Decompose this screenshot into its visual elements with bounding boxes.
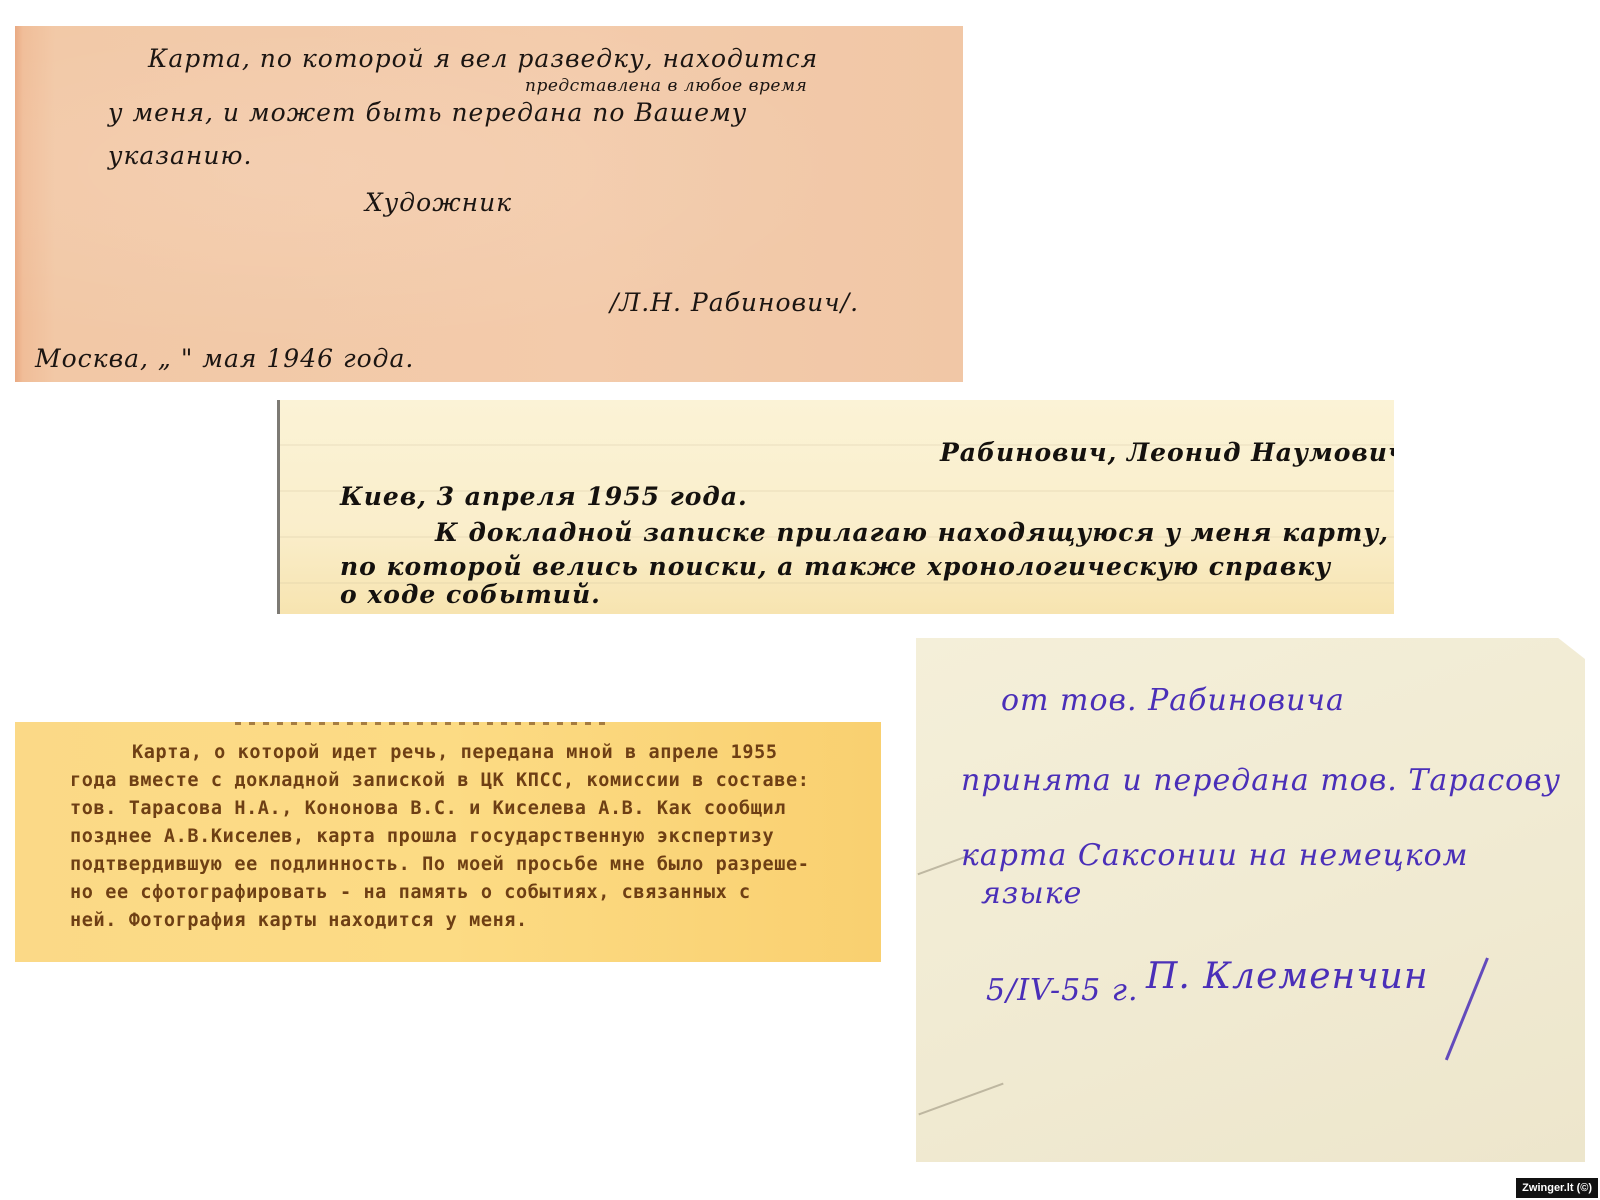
doc2-line-3: о ходе событий. bbox=[340, 580, 601, 609]
doc3-cut-top-line bbox=[235, 722, 605, 725]
doc3-line-7: ней. Фотография карты находится у меня. bbox=[70, 910, 528, 931]
doc3-line-1: Карта, о которой идет речь, передана мно… bbox=[132, 742, 778, 763]
doc1-line-1: Карта, по которой я вел разведку, находи… bbox=[148, 44, 818, 73]
copyright-watermark: Zwinger.lt (©) bbox=[1516, 1178, 1598, 1198]
doc1-insertion: представлена в любое время bbox=[525, 76, 807, 96]
doc4-line-4: языке bbox=[981, 876, 1082, 911]
document-receipt-note: от тов. Рабиновича принята и передана то… bbox=[916, 638, 1585, 1162]
document-1955-handwritten-letter: Рабинович, Леонид Наумович Киев, 3 апрел… bbox=[277, 400, 1394, 614]
doc4-line-2: принята и передана тов. Тарасову bbox=[961, 763, 1561, 798]
doc4-date: 5/IV-55 г. bbox=[986, 973, 1139, 1008]
doc2-author: Рабинович, Леонид Наумович bbox=[940, 438, 1394, 467]
doc2-line-1: К докладной записке прилагаю находящуюся… bbox=[435, 518, 1389, 547]
doc2-line-2: по которой велись поиски, а также хронол… bbox=[340, 552, 1331, 581]
document-1946-handwritten-note: Карта, по которой я вел разведку, находи… bbox=[15, 26, 963, 382]
doc4-signature: П. Клеменчин bbox=[1146, 956, 1429, 997]
doc4-signature-flourish bbox=[1445, 957, 1489, 1060]
doc3-line-4: позднее А.В.Киселев, карта прошла госуда… bbox=[70, 826, 774, 847]
doc2-place-date: Киев, 3 апреля 1955 года. bbox=[340, 482, 748, 511]
doc3-line-2: года вместе с докладной запиской в ЦК КП… bbox=[70, 770, 810, 791]
doc1-signature: /Л.Н. Рабинович/. bbox=[610, 288, 859, 317]
doc1-place-date: Москва, „ " мая 1946 года. bbox=[35, 344, 414, 373]
doc3-line-5: подтвердившую ее подлинность. По моей пр… bbox=[70, 854, 810, 875]
doc4-line-3: карта Саксонии на немецком bbox=[961, 838, 1469, 873]
doc1-line-2: у меня, и может быть передана по Вашему bbox=[108, 98, 747, 127]
doc3-line-3: тов. Тарасова Н.А., Кононова В.С. и Кисе… bbox=[70, 798, 786, 819]
doc3-line-6: но ее сфотографировать - на память о соб… bbox=[70, 882, 751, 903]
doc4-fold-mark bbox=[918, 1083, 1003, 1116]
doc1-title: Художник bbox=[365, 188, 512, 217]
document-typewritten-statement: Карта, о которой идет речь, передана мно… bbox=[15, 722, 881, 962]
doc4-line-1: от тов. Рабиновича bbox=[1001, 683, 1345, 718]
doc1-line-3: указанию. bbox=[108, 141, 252, 170]
